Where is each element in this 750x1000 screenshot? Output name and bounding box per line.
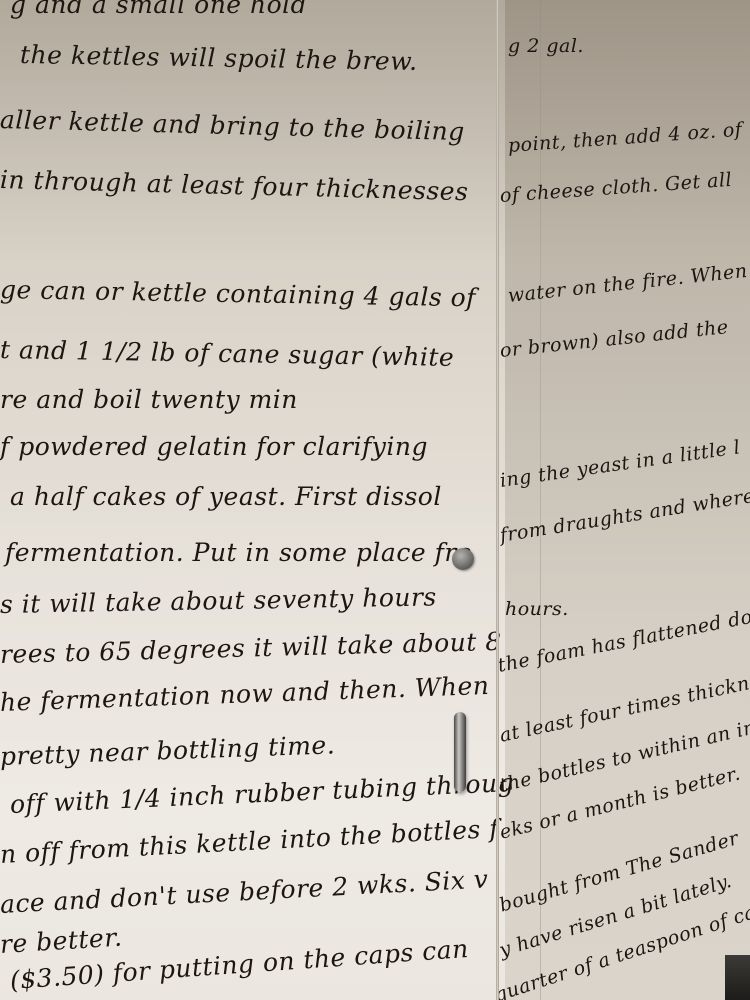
recipe-line: a half cakes of yeast. First dissol [10,482,442,511]
recipe-line: hours. [505,598,569,620]
recipe-line: g and a small one hold [10,0,307,19]
recipe-line: f powdered gelatin for clarifying [0,432,428,461]
door-knob[interactable] [452,548,474,570]
recipe-line: fermentation. Put in some place fre [5,538,472,567]
recipe-line: g 2 gal. [508,35,584,57]
dark-object [725,955,750,1000]
door-handle[interactable] [454,712,466,792]
recipe-line: re and boil twenty min [0,385,298,414]
door-edge [496,0,499,1000]
